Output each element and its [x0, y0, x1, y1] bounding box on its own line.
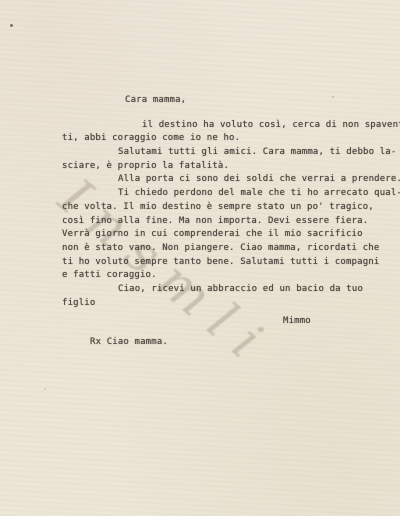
- scanned-letter-page: Insmli Cara mamma, il destino ha voluto …: [0, 0, 400, 516]
- letter-line: sciare, è proprio la fatalità.: [62, 160, 374, 174]
- letter-body: Cara mamma, il destino ha voluto così, c…: [62, 94, 374, 350]
- letter-postscript: Rx Ciao mamma.: [62, 336, 374, 350]
- letter-line: figlio: [62, 297, 374, 311]
- paper-speck: [10, 24, 13, 27]
- letter-line: Ciao, ricevi un abbraccio ed un bacio da…: [62, 283, 374, 297]
- letter-line: Alla porta ci sono dei soldi che verrai …: [62, 173, 374, 187]
- letter-line: ti ho voluto sempre tanto bene. Salutami…: [62, 256, 374, 270]
- letter-line: che volta. Il mio destino è sempre stato…: [62, 201, 374, 215]
- letter-line: così fino alla fine. Ma non importa. Dev…: [62, 215, 374, 229]
- letter-line: Salutami tutti gli amici. Cara mamma, ti…: [62, 146, 374, 160]
- letter-line: e fatti coraggio.: [62, 269, 374, 283]
- letter-line: Verrà giorno in cui comprenderai che il …: [62, 228, 374, 242]
- letter-line: Ti chiedo perdono del male che ti ho arr…: [62, 187, 374, 201]
- letter-greeting: Cara mamma,: [62, 94, 374, 108]
- letter-line: non è stato vano. Non piangere. Ciao mam…: [62, 242, 374, 256]
- letter-line: il destino ha voluto così, cerca di non …: [62, 119, 374, 133]
- letter-line: ti, abbi coraggio come io ne ho.: [62, 132, 374, 146]
- letter-signature: Mimmo: [62, 315, 374, 329]
- paper-speck: [44, 388, 46, 390]
